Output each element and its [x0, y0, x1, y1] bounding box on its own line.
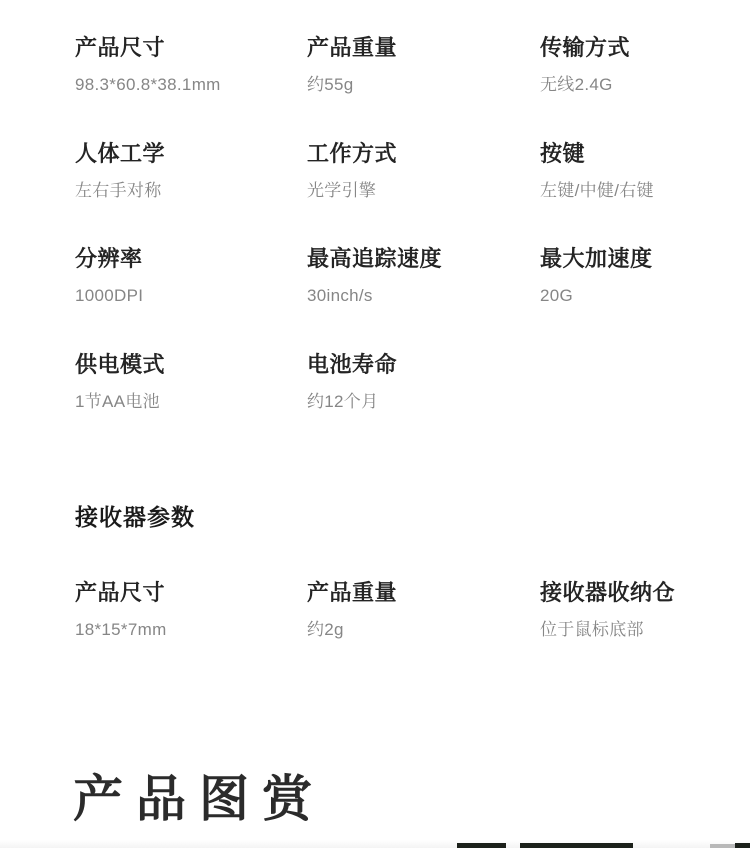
receiver-spec-grid: 产品尺寸 18*15*7mm 产品重量 约2g 接收器收纳仓 位于鼠标底部: [0, 581, 750, 641]
spec-label: 分辨率: [75, 247, 307, 271]
spec-item-product-size: 产品尺寸 98.3*60.8*38.1mm: [75, 36, 307, 96]
spec-value: 18*15*7mm: [75, 620, 307, 640]
spec-item-working-mode: 工作方式 光学引擎: [307, 142, 540, 202]
spec-value: 左键/中健/右键: [540, 181, 750, 201]
spec-item-tracking-speed: 最高追踪速度 30inch/s: [307, 247, 540, 307]
spec-value: 约55g: [307, 75, 540, 95]
spec-label: 接收器收纳仓: [540, 581, 750, 605]
spec-label: 产品尺寸: [75, 36, 307, 60]
spec-item-battery-life: 电池寿命 约12个月: [307, 353, 540, 413]
spec-label: 传输方式: [540, 36, 750, 60]
gallery-section-title: 产品图赏: [0, 773, 750, 826]
spec-value: 20G: [540, 286, 750, 306]
spec-value: 1000DPI: [75, 286, 307, 306]
spec-value: 光学引擎: [307, 181, 540, 201]
spec-item-receiver-size: 产品尺寸 18*15*7mm: [75, 581, 307, 641]
spec-item-transmission: 传输方式 无线2.4G: [540, 36, 750, 96]
spec-value: 98.3*60.8*38.1mm: [75, 75, 307, 95]
spec-value: 无线2.4G: [540, 75, 750, 95]
spec-label: 产品重量: [307, 581, 540, 605]
spec-label: 最大加速度: [540, 247, 750, 271]
spec-label: 按键: [540, 142, 750, 166]
photo-edge-segment: [710, 844, 737, 848]
spec-label: 产品尺寸: [75, 581, 307, 605]
spec-item-receiver-weight: 产品重量 约2g: [307, 581, 540, 641]
spec-value: 约12个月: [307, 392, 540, 412]
spec-value: 位于鼠标底部: [540, 620, 750, 640]
spec-value: 约2g: [307, 620, 540, 640]
spec-label: 工作方式: [307, 142, 540, 166]
spec-label: 最高追踪速度: [307, 247, 540, 271]
spec-label: 电池寿命: [307, 353, 540, 377]
spec-item-receiver-storage: 接收器收纳仓 位于鼠标底部: [540, 581, 750, 641]
spec-label: 产品重量: [307, 36, 540, 60]
spec-label: 人体工学: [75, 142, 307, 166]
mouse-spec-grid: 产品尺寸 98.3*60.8*38.1mm 产品重量 约55g 传输方式 无线2…: [0, 36, 750, 412]
spec-item-product-weight: 产品重量 约55g: [307, 36, 540, 96]
spec-item-resolution: 分辨率 1000DPI: [75, 247, 307, 307]
spec-item-acceleration: 最大加速度 20G: [540, 247, 750, 307]
spec-value: 左右手对称: [75, 181, 307, 201]
spec-item-buttons: 按键 左键/中健/右键: [540, 142, 750, 202]
receiver-section-title: 接收器参数: [0, 505, 750, 530]
spec-value: 30inch/s: [307, 286, 540, 306]
product-photo-top-edge: [0, 840, 750, 848]
spec-item-power-mode: 供电模式 1节AA电池: [75, 353, 307, 413]
spec-label: 供电模式: [75, 353, 307, 377]
photo-edge-segment: [457, 843, 506, 848]
spec-value: 1节AA电池: [75, 392, 307, 412]
photo-edge-segment: [735, 843, 750, 848]
product-spec-page: 产品尺寸 98.3*60.8*38.1mm 产品重量 约55g 传输方式 无线2…: [0, 0, 750, 848]
spec-item-ergonomics: 人体工学 左右手对称: [75, 142, 307, 202]
photo-edge-segment: [520, 843, 633, 848]
